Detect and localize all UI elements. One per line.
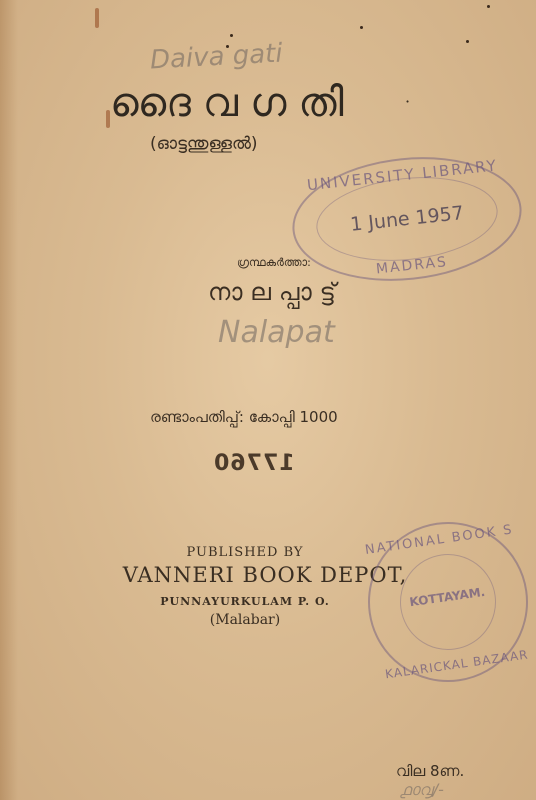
paper-speck — [487, 5, 490, 8]
author-label: ഗ്രന്ഥകർത്താ: — [237, 256, 311, 270]
edition-info: രണ്ടാംപതിപ്പ്: കോപ്പി 1000 — [150, 408, 338, 426]
pencil-bottom-annotation: ൧൦൮/- — [400, 780, 444, 800]
stamp-locality: KALARICKAL BAZAAR — [379, 647, 535, 683]
university-library-stamp: UNIVERSITY LIBRARY 1 June 1957 MADRAS — [286, 146, 527, 291]
title-dot: · — [405, 92, 410, 111]
pencil-author-annotation: Nalapat — [218, 315, 335, 350]
bookstall-stamp: NATIONAL BOOK S KOTTAYAM. KALARICKAL BAZ… — [358, 512, 536, 693]
paper-speck — [466, 40, 469, 43]
book-title-page: Daiva gati ദൈവഗതി · (ഓട്ടന്തുള്ളൽ) UNIVE… — [0, 0, 536, 800]
author-name: നാലപ്പാട്ട് — [208, 278, 344, 306]
stamp-shop-name: NATIONAL BOOK S — [361, 522, 518, 559]
pencil-title-annotation: Daiva gati — [149, 39, 283, 76]
price-label: വില 8ണ. — [396, 762, 464, 780]
book-title: ദൈവഗതി — [110, 80, 356, 126]
accession-number-mirrored: 17760 — [213, 451, 295, 476]
paper-speck — [230, 34, 233, 37]
paper-speck — [360, 26, 363, 29]
book-subtitle: (ഓട്ടന്തുള്ളൽ) — [150, 134, 258, 154]
paper-stain — [95, 8, 99, 28]
